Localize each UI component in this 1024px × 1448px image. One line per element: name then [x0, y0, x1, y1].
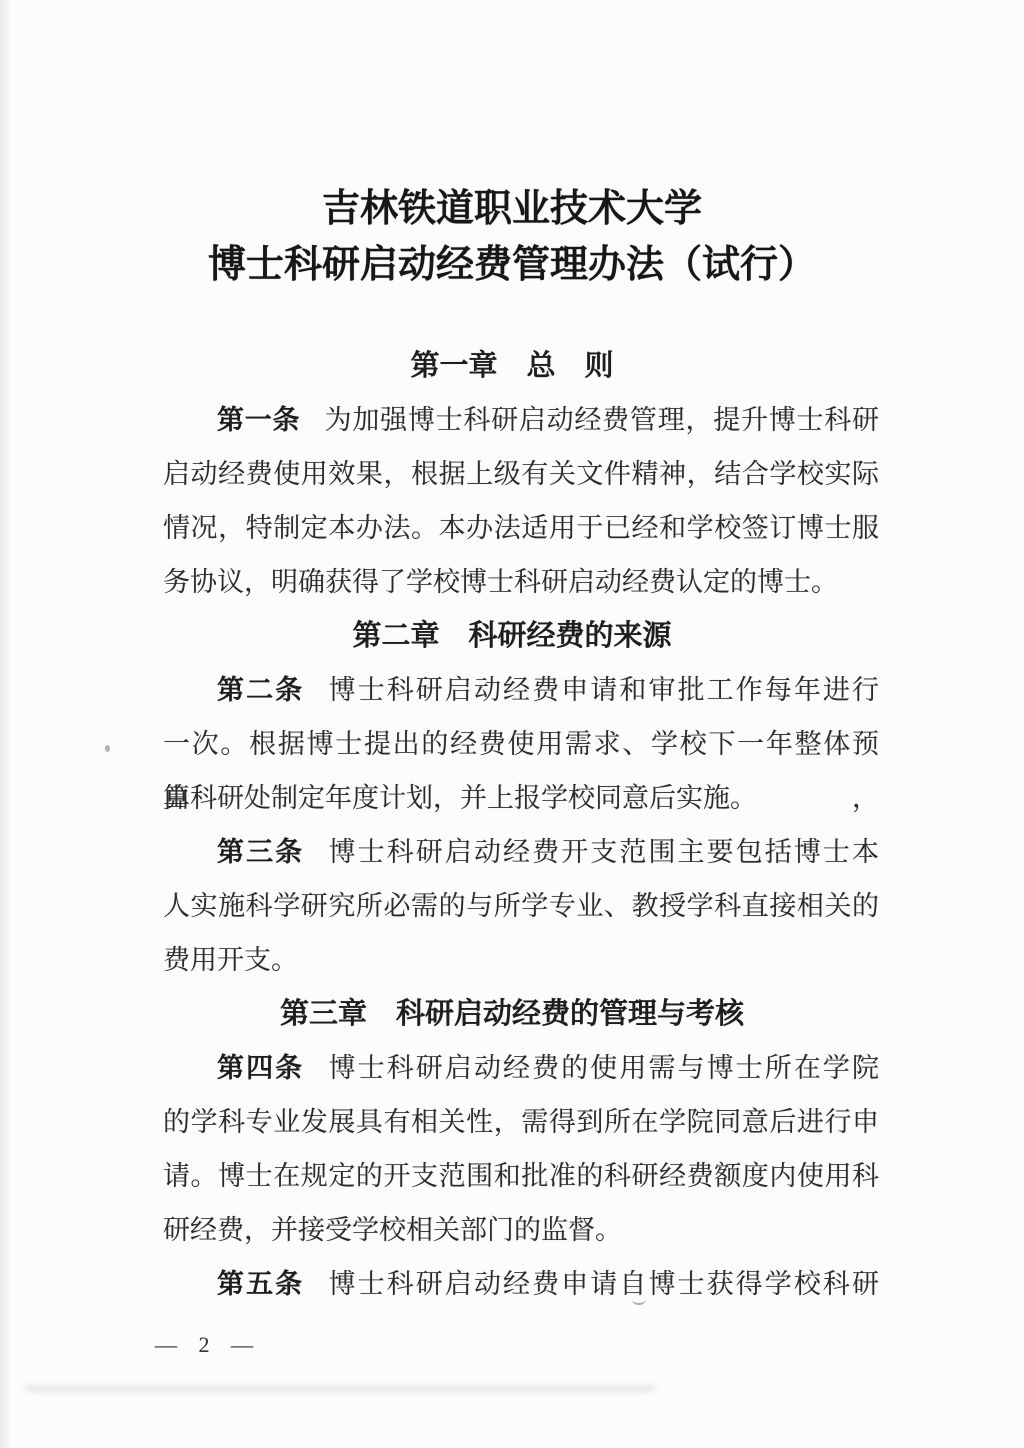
- doc-title-line-1: 吉林铁道职业技术大学: [0, 181, 1024, 237]
- article-3-line-2: 人实施科学研究所必需的与所学专业、教授学科直接相关的: [163, 879, 879, 933]
- article-1-line-4: 务协议，明确获得了学校博士科研启动经费认定的博士。: [163, 555, 879, 609]
- article-5-number: 第五条: [217, 1269, 304, 1299]
- scan-smudge: [25, 1385, 655, 1392]
- article-3-line-3: 费用开支。: [163, 933, 879, 987]
- article-4-line-4: 研经费，并接受学校相关部门的监督。: [163, 1203, 879, 1257]
- article-2-number: 第二条: [217, 675, 304, 705]
- article-1-line-3: 情况，特制定本办法。本办法适用于已经和学校签订博士服: [163, 501, 879, 555]
- article-4-text-1: 博士科研启动经费的使用需与博士所在学院: [329, 1053, 879, 1083]
- chapter-2-heading: 第二章 科研经费的来源: [0, 609, 1024, 663]
- article-1-line-1: 第一条为加强博士科研启动经费管理，提升博士科研: [163, 393, 879, 447]
- document-content: 吉林铁道职业技术大学 博士科研启动经费管理办法（试行） 第一章 总 则 第一条为…: [0, 0, 1024, 1311]
- article-2-line-2: 一次。根据博士提出的经费使用需求、学校下一年整体预算，: [163, 717, 879, 771]
- page-number: — 2 —: [155, 1332, 258, 1358]
- article-3-line-1: 第三条博士科研启动经费开支范围主要包括博士本: [163, 825, 879, 879]
- document-page: 吉林铁道职业技术大学 博士科研启动经费管理办法（试行） 第一章 总 则 第一条为…: [0, 0, 1024, 1448]
- article-3-number: 第三条: [217, 837, 304, 867]
- article-2-text-1: 博士科研启动经费申请和审批工作每年进行: [329, 675, 879, 705]
- chapter-3-heading: 第三章 科研启动经费的管理与考核: [0, 987, 1024, 1041]
- doc-title-line-2: 博士科研启动经费管理办法（试行）: [0, 237, 1024, 293]
- article-5-text-1: 博士科研启动经费申请自博士获得学校科研: [329, 1269, 879, 1299]
- article-4-line-2: 的学科专业发展具有相关性，需得到所在学院同意后进行申: [163, 1095, 879, 1149]
- article-5-line-1: 第五条博士科研启动经费申请自博士获得学校科研: [163, 1257, 879, 1311]
- article-4-number: 第四条: [217, 1053, 304, 1083]
- article-1-text-1: 为加强博士科研启动经费管理，提升博士科研: [325, 405, 879, 435]
- article-1-line-2: 启动经费使用效果，根据上级有关文件精神，结合学校实际: [163, 447, 879, 501]
- title-gap: [0, 293, 1024, 339]
- article-4-line-3: 请。博士在规定的开支范围和批准的科研经费额度内使用科: [163, 1149, 879, 1203]
- article-3-text-1: 博士科研启动经费开支范围主要包括博士本: [329, 837, 879, 867]
- chapter-1-heading: 第一章 总 则: [0, 339, 1024, 393]
- article-4-line-1: 第四条博士科研启动经费的使用需与博士所在学院: [163, 1041, 879, 1095]
- article-2-line-1: 第二条博士科研启动经费申请和审批工作每年进行: [163, 663, 879, 717]
- article-1-number: 第一条: [217, 405, 300, 435]
